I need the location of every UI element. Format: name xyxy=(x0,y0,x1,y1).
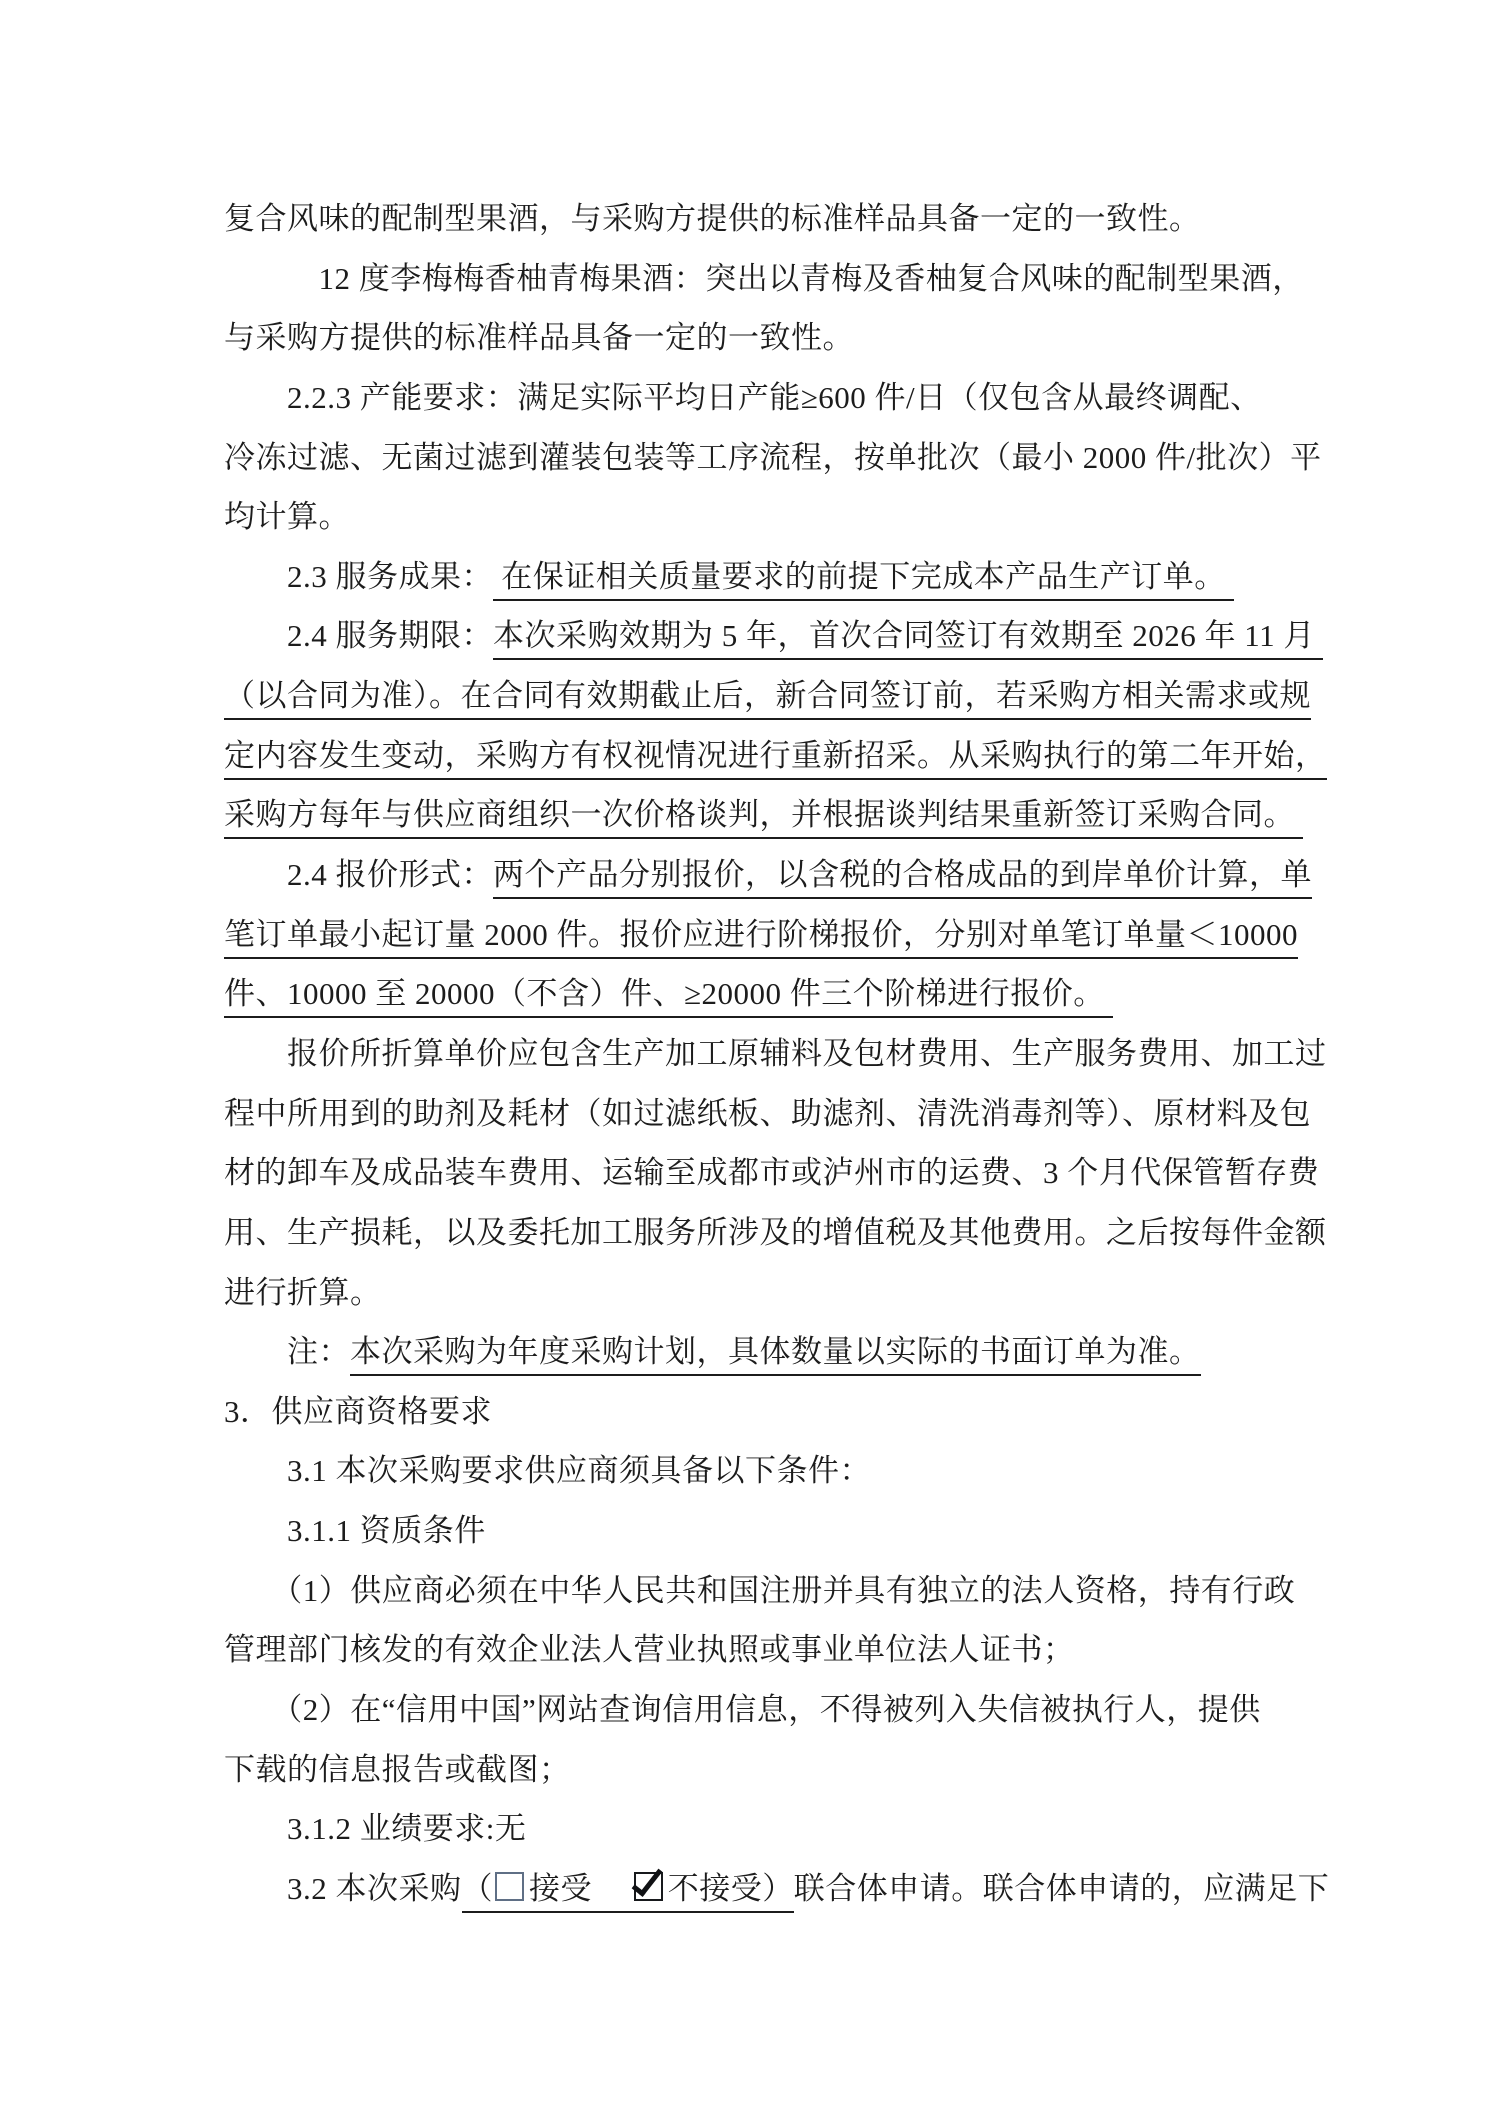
doc-line: 管理部门核发的有效企业法人营业执照或事业单位法人证书； xyxy=(224,1627,1314,1687)
doc-line: 3.1 本次采购要求供应商须具备以下条件： xyxy=(224,1448,1314,1508)
doc-line: 程中所用到的助剂及耗材（如过滤纸板、助滤剂、清洗消毒剂等）、原材料及包 xyxy=(224,1091,1314,1151)
doc-line: 笔订单最小起订量 2000 件。报价应进行阶梯报价，分别对单笔订单量＜10000 xyxy=(224,912,1314,972)
doc-line: 均计算。 xyxy=(224,494,1314,554)
reject-checkbox[interactable] xyxy=(634,1872,663,1901)
underlined-text: 本次采购为年度采购计划，具体数量以实际的书面订单为准。 xyxy=(350,1334,1201,1376)
doc-line: 冷冻过滤、无菌过滤到灌装包装等工序流程，按单批次（最小 2000 件/批次）平 xyxy=(224,435,1314,495)
doc-line: 3．供应商资格要求 xyxy=(224,1389,1314,1449)
doc-line: 用、生产损耗，以及委托加工服务所涉及的增值税及其他费用。之后按每件金额 xyxy=(224,1210,1314,1270)
document-page: 复合风味的配制型果酒，与采购方提供的标准样品具备一定的一致性。12 度李梅梅香柚… xyxy=(224,196,1314,1926)
doc-text: 程中所用到的助剂及耗材（如过滤纸板、助滤剂、清洗消毒剂等）、原材料及包 xyxy=(224,1096,1311,1131)
doc-line: 下载的信息报告或截图； xyxy=(224,1747,1314,1807)
doc-line: （1）供应商必须在中华人民共和国注册并具有独立的法人资格，持有行政 xyxy=(224,1568,1314,1628)
doc-line: 2.2.3 产能要求：满足实际平均日产能≥600 件/日（仅包含从最终调配、 xyxy=(224,375,1314,435)
doc-text: 下载的信息报告或截图； xyxy=(224,1752,571,1787)
doc-text: 3.2 本次采购 xyxy=(287,1871,462,1906)
doc-text: （2）在“信用中国”网站查询信用信息，不得被列入失信被执行人，提供 xyxy=(271,1692,1261,1727)
doc-line: 12 度李梅梅香柚青梅果酒：突出以青梅及香柚复合风味的配制型果酒， xyxy=(224,256,1314,316)
doc-line: 进行折算。 xyxy=(224,1270,1314,1330)
doc-text: 本次采购效期为 5 年，首次合同签订有效期至 2026 年 11 月 xyxy=(493,618,1323,653)
doc-text: 两个产品分别报价，以含税的合格成品的到岸单价计算，单 xyxy=(493,857,1312,892)
doc-text: 3．供应商资格要求 xyxy=(224,1394,492,1429)
doc-line: 2.3 服务成果： 在保证相关质量要求的前提下完成本产品生产订单。 xyxy=(224,554,1314,614)
doc-text: 注： xyxy=(287,1334,350,1369)
doc-text: （以合同为准）。在合同有效期截止后，新合同签订前，若采购方相关需求或规 xyxy=(224,678,1311,713)
doc-text: 复合风味的配制型果酒，与采购方提供的标准样品具备一定的一致性。 xyxy=(224,201,1201,236)
doc-text: 报价所折算单价应包含生产加工原辅料及包材费用、生产服务费用、加工过 xyxy=(287,1036,1327,1071)
doc-text: 3.1.2 业绩要求:无 xyxy=(287,1811,526,1846)
underlined-text: 采购方每年与供应商组织一次价格谈判，并根据谈判结果重新签订采购合同。 xyxy=(224,797,1303,839)
doc-text: 管理部门核发的有效企业法人营业执照或事业单位法人证书； xyxy=(224,1632,1075,1667)
doc-text: 进行折算。 xyxy=(224,1275,382,1310)
doc-text: 冷冻过滤、无菌过滤到灌装包装等工序流程，按单批次（最小 2000 件/批次）平 xyxy=(224,440,1322,475)
doc-text: 用、生产损耗，以及委托加工服务所涉及的增值税及其他费用。之后按每件金额 xyxy=(224,1215,1327,1250)
doc-line: 采购方每年与供应商组织一次价格谈判，并根据谈判结果重新签订采购合同。 xyxy=(224,792,1314,852)
doc-text: 2.4 服务期限： xyxy=(287,618,493,653)
doc-text: 在保证相关质量要求的前提下完成本产品生产订单。 xyxy=(493,559,1234,594)
underlined-text: 在保证相关质量要求的前提下完成本产品生产订单。 xyxy=(493,559,1234,601)
doc-text: 件、10000 至 20000（不含）件、≥20000 件三个阶梯进行报价。 xyxy=(224,976,1113,1011)
accept-checkbox[interactable] xyxy=(495,1872,524,1901)
doc-line: 2.4 服务期限：本次采购效期为 5 年，首次合同签订有效期至 2026 年 1… xyxy=(224,613,1314,673)
doc-text: 与采购方提供的标准样品具备一定的一致性。 xyxy=(224,320,854,355)
doc-line: 材的卸车及成品装车费用、运输至成都市或泸州市的运费、3 个月代保管暂存费 xyxy=(224,1150,1314,1210)
doc-line: 定内容发生变动，采购方有权视情况进行重新招采。从采购执行的第二年开始， xyxy=(224,733,1314,793)
doc-text: 2.2.3 产能要求：满足实际平均日产能≥600 件/日（仅包含从最终调配、 xyxy=(287,380,1262,415)
doc-line: 件、10000 至 20000（不含）件、≥20000 件三个阶梯进行报价。 xyxy=(224,971,1314,1031)
doc-text: 联合体申请。联合体申请的，应满足下 xyxy=(794,1871,1330,1906)
underlined-text: （接受 不接受） xyxy=(462,1871,794,1913)
doc-text: 3.1 本次采购要求供应商须具备以下条件： xyxy=(287,1453,871,1488)
doc-text: （ xyxy=(462,1871,494,1906)
underlined-text: （以合同为准）。在合同有效期截止后，新合同签订前，若采购方相关需求或规 xyxy=(224,678,1311,720)
doc-line: （2）在“信用中国”网站查询信用信息，不得被列入失信被执行人，提供 xyxy=(224,1687,1314,1747)
doc-line: 与采购方提供的标准样品具备一定的一致性。 xyxy=(224,315,1314,375)
doc-line: 2.4 报价形式：两个产品分别报价，以含税的合格成品的到岸单价计算，单 xyxy=(224,852,1314,912)
doc-text: 本次采购为年度采购计划，具体数量以实际的书面订单为准。 xyxy=(350,1334,1201,1369)
doc-text: 材的卸车及成品装车费用、运输至成都市或泸州市的运费、3 个月代保管暂存费 xyxy=(224,1155,1319,1190)
doc-text: 12 度李梅梅香柚青梅果酒：突出以青梅及香柚复合风味的配制型果酒， xyxy=(319,261,1304,296)
doc-line: 报价所折算单价应包含生产加工原辅料及包材费用、生产服务费用、加工过 xyxy=(224,1031,1314,1091)
doc-line: 3.1.1 资质条件 xyxy=(224,1508,1314,1568)
doc-text: 接受 xyxy=(529,1871,632,1906)
underlined-text: 两个产品分别报价，以含税的合格成品的到岸单价计算，单 xyxy=(493,857,1312,899)
doc-text: 2.3 服务成果： xyxy=(287,559,493,594)
doc-text: 定内容发生变动，采购方有权视情况进行重新招采。从采购执行的第二年开始， xyxy=(224,738,1327,773)
doc-line: 3.1.2 业绩要求:无 xyxy=(224,1806,1314,1866)
doc-text: 2.4 报价形式： xyxy=(287,857,493,892)
underlined-text: 件、10000 至 20000（不含）件、≥20000 件三个阶梯进行报价。 xyxy=(224,976,1113,1018)
doc-text: （1）供应商必须在中华人民共和国注册并具有独立的法人资格，持有行政 xyxy=(271,1573,1295,1608)
doc-text: 采购方每年与供应商组织一次价格谈判，并根据谈判结果重新签订采购合同。 xyxy=(224,797,1303,832)
underlined-text: 笔订单最小起订量 2000 件。报价应进行阶梯报价，分别对单笔订单量＜10000 xyxy=(224,917,1298,959)
underlined-text: 定内容发生变动，采购方有权视情况进行重新招采。从采购执行的第二年开始， xyxy=(224,738,1327,780)
underlined-text: 本次采购效期为 5 年，首次合同签订有效期至 2026 年 11 月 xyxy=(493,618,1323,660)
doc-line: 3.2 本次采购（接受 不接受）联合体申请。联合体申请的，应满足下 xyxy=(224,1866,1314,1926)
doc-text: 笔订单最小起订量 2000 件。报价应进行阶梯报价，分别对单笔订单量＜10000 xyxy=(224,917,1298,952)
doc-line: 注：本次采购为年度采购计划，具体数量以实际的书面订单为准。 xyxy=(224,1329,1314,1389)
doc-text: 均计算。 xyxy=(224,499,350,534)
doc-line: 复合风味的配制型果酒，与采购方提供的标准样品具备一定的一致性。 xyxy=(224,196,1314,256)
doc-line: （以合同为准）。在合同有效期截止后，新合同签订前，若采购方相关需求或规 xyxy=(224,673,1314,733)
doc-text: 3.1.1 资质条件 xyxy=(287,1513,486,1548)
doc-text: 不接受） xyxy=(668,1871,794,1906)
